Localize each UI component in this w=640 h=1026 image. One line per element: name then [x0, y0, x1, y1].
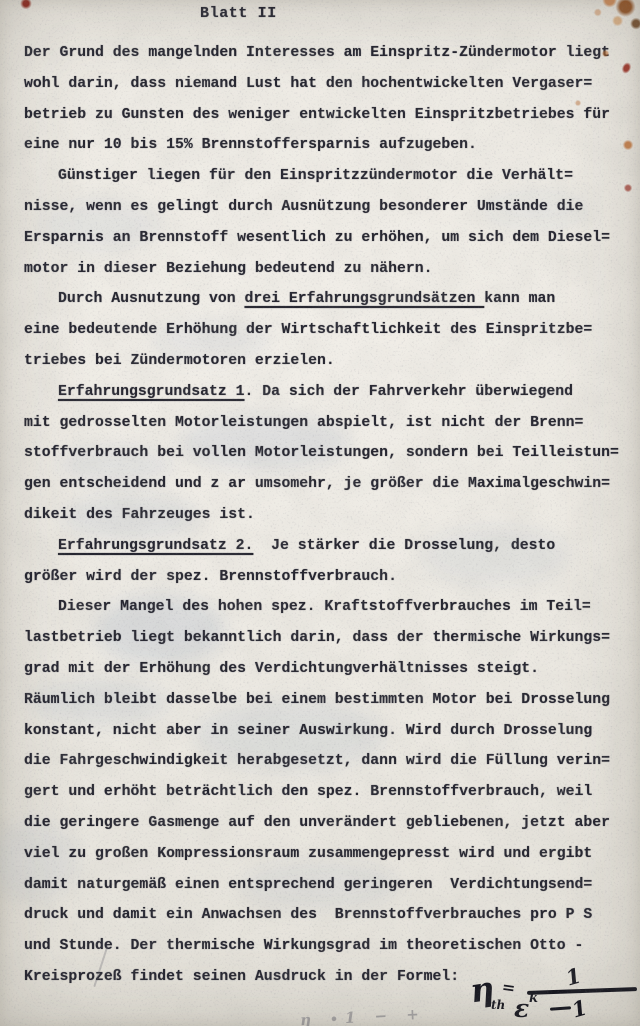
formula-denominator-one: 1 — [569, 994, 590, 1022]
text-segment: gert und erhöht beträchtlich den spez. B… — [24, 784, 592, 800]
document-body: Der Grund des mangelnden Interesses am E… — [24, 45, 624, 1000]
text-line: Ersparnis an Brennstoff wesentlich zu er… — [24, 230, 624, 261]
text-segment: . Da sich der Fahrverkehr überwiegend — [244, 384, 573, 400]
text-line: Dieser Mangel des hohen spez. Kraftstoff… — [24, 599, 624, 630]
formula-numerator: 1 — [563, 962, 584, 990]
text-line: druck und damit ein Anwachsen des Brenns… — [24, 907, 624, 938]
text-line: viel zu großen Kompressionsraum zusammen… — [24, 846, 624, 877]
text-segment: die geringere Gasmenge auf den unverände… — [24, 815, 610, 831]
formula-fraction-bar — [527, 987, 637, 994]
page-title: Blatt II — [200, 5, 277, 22]
text-line: gen entscheidend und z ar umsomehr, je g… — [24, 476, 624, 507]
text-segment: größer wird der spez. Brennstoffverbrauc… — [24, 569, 397, 585]
text-line: Durch Ausnutzung von drei Erfahrungsgrun… — [24, 291, 624, 322]
text-line: wohl darin, dass niemand Lust hat den ho… — [24, 76, 624, 107]
text-line: Erfahrungsgrundsatz 2. Je stärker die Dr… — [24, 538, 624, 569]
scanned-document-page: { "page": { "title": "Blatt II" }, "colo… — [0, 0, 640, 1026]
text-segment: motor in dieser Beziehung bedeutend zu n… — [24, 261, 432, 277]
text-segment: druck und damit ein Anwachsen des Brenns… — [24, 907, 592, 923]
formula-minus-sign — [550, 1006, 571, 1010]
text-segment: Der Grund des mangelnden Interesses am E… — [24, 45, 610, 61]
text-segment: eine nur 10 bis 15% Brennstoffersparnis … — [24, 137, 477, 153]
text-line: Der Grund des mangelnden Interesses am E… — [24, 45, 624, 76]
text-segment: Durch Ausnutzung von — [58, 291, 244, 307]
text-segment: eine bedeutende Erhöhung der Wirtschaftl… — [24, 322, 592, 338]
text-line: triebes bei Zündermotoren erzielen. — [24, 353, 624, 384]
text-segment: Ersparnis an Brennstoff wesentlich zu er… — [24, 230, 610, 246]
text-line: Erfahrungsgrundsatz 1. Da sich der Fahrv… — [24, 384, 624, 415]
text-segment: kann man — [484, 291, 555, 307]
text-line: grad mit der Erhöhung des Verdichtungver… — [24, 661, 624, 692]
text-line: dikeit des Fahrzeuges ist. — [24, 507, 624, 538]
text-line: eine bedeutende Erhöhung der Wirtschaftl… — [24, 322, 624, 353]
text-line: konstant, nicht aber in seiner Auswirkun… — [24, 723, 624, 754]
formula-epsilon: ε — [514, 994, 529, 1023]
text-segment: nisse, wenn es gelingt durch Ausnützung … — [24, 199, 583, 215]
text-segment: Dieser Mangel des hohen spez. Kraftstoff… — [58, 599, 591, 615]
text-segment: grad mit der Erhöhung des Verdichtungver… — [24, 661, 539, 677]
text-segment: viel zu großen Kompressionsraum zusammen… — [24, 846, 592, 862]
text-line: Günstiger liegen für den Einspritzzünder… — [24, 168, 624, 199]
text-segment: mit gedrosselten Motorleistungen abspiel… — [24, 415, 583, 431]
text-segment: betrieb zu Gunsten des weniger entwickel… — [24, 107, 610, 123]
text-line: mit gedrosselten Motorleistungen abspiel… — [24, 415, 624, 446]
text-line: die geringere Gasmenge auf den unverände… — [24, 815, 624, 846]
text-segment: Kreisprozeß findet seinen Ausdruck in de… — [24, 969, 459, 985]
text-segment: damit naturgemäß einen entsprechend geri… — [24, 877, 592, 893]
text-segment: wohl darin, dass niemand Lust hat den ho… — [24, 76, 592, 92]
text-segment: Je stärker die Drosselung, desto — [253, 538, 555, 554]
text-line: die Fahrgeschwindigkeit herabgesetzt, da… — [24, 753, 624, 784]
text-line: damit naturgemäß einen entsprechend geri… — [24, 877, 624, 908]
text-segment: Günstiger liegen für den Einspritzzünder… — [58, 168, 573, 184]
text-line: lastbetrieb liegt bekanntlich darin, das… — [24, 630, 624, 661]
text-line: Räumlich bleibt dasselbe bei einem besti… — [24, 692, 624, 723]
underlined-phrase: drei Erfahrungsgrundsätzen — [244, 291, 484, 307]
formula-subscript: th — [491, 998, 505, 1012]
text-segment: triebes bei Zündermotoren erzielen. — [24, 353, 335, 369]
text-line: eine nur 10 bis 15% Brennstoffersparnis … — [24, 137, 624, 168]
underlined-phrase: Erfahrungsgrundsatz 2. — [58, 538, 253, 554]
text-line: nisse, wenn es gelingt durch Ausnützung … — [24, 199, 624, 230]
text-segment: Räumlich bleibt dasselbe bei einem besti… — [24, 692, 610, 708]
handwritten-formula: η th = 1 ε k 1 — [465, 960, 640, 1026]
text-segment: gen entscheidend und z ar umsomehr, je g… — [24, 476, 610, 492]
formula-exponent: k — [529, 991, 538, 1006]
text-line: motor in dieser Beziehung bedeutend zu n… — [24, 261, 624, 292]
text-segment: die Fahrgeschwindigkeit herabgesetzt, da… — [24, 753, 610, 769]
text-segment: konstant, nicht aber in seiner Auswirkun… — [24, 723, 592, 739]
text-segment: lastbetrieb liegt bekanntlich darin, das… — [24, 630, 610, 646]
text-line: stoffverbrauch bei vollen Motorleistunge… — [24, 445, 624, 476]
underlined-phrase: Erfahrungsgrundsatz 1 — [58, 384, 244, 400]
text-line: betrieb zu Gunsten des weniger entwickel… — [24, 107, 624, 138]
text-segment: dikeit des Fahrzeuges ist. — [24, 507, 255, 523]
text-segment: stoffverbrauch bei vollen Motorleistunge… — [24, 445, 619, 461]
text-line: größer wird der spez. Brennstoffverbrauc… — [24, 569, 624, 600]
text-line: gert und erhöht beträchtlich den spez. B… — [24, 784, 624, 815]
